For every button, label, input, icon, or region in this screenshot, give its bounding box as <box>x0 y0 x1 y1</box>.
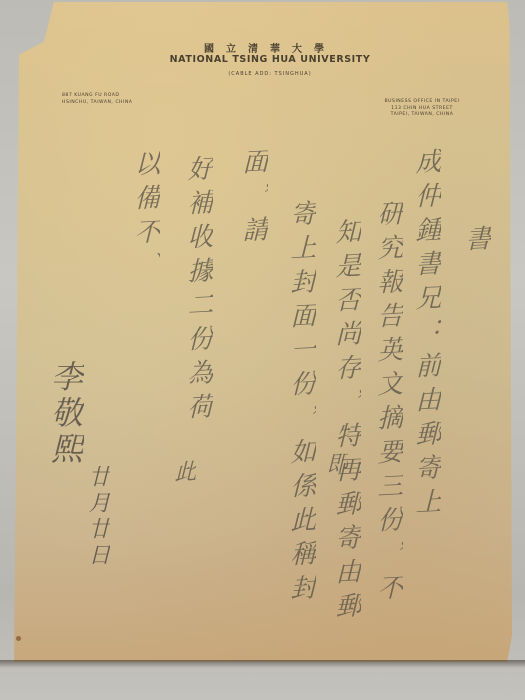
handwriting-column: 好補收據二份為荷 <box>180 154 217 428</box>
handwriting-column: 面，請 <box>235 147 272 251</box>
paper-shadow <box>0 660 525 668</box>
handwriting-column: 即 <box>320 451 351 483</box>
address-right-line: BUSINESS OFFICE IN TAIPEI <box>372 99 472 106</box>
handwriting-column: 此 <box>168 459 199 491</box>
letterhead-english-name: NATIONAL TSING HUA UNIVERSITY <box>140 54 400 65</box>
letterhead-cable: (CABLE ADD: TSINGHUA) <box>200 71 340 77</box>
handwriting-column: 知是否尚存，特再郵寄由郵 <box>328 217 365 627</box>
handwriting-column: 研究報告英文摘要三份，不 <box>370 199 407 609</box>
letterhead-chinese-name: 國立清華大學 <box>170 40 370 55</box>
address-right: BUSINESS OFFICE IN TAIPEI 113 CHIN HUA S… <box>372 99 472 119</box>
address-left: 887 KUANG FU ROAD HSINCHU, TAIWAN, CHINA <box>62 93 132 106</box>
handwriting-column: 書 <box>458 224 495 260</box>
stain-spot <box>16 636 21 641</box>
signature-date: 廿月廿日 <box>82 465 113 569</box>
handwriting-column: 以備不、 <box>127 149 164 287</box>
handwriting-column: 寄上封面一份，如係此稱封 <box>283 199 320 609</box>
address-right-line: TAIPEI, TAIWAN, CHINA <box>372 112 472 119</box>
signature: 李敬熙 <box>42 360 88 468</box>
handwriting-column: 成仲鍾書兄：前由郵寄上 <box>408 147 445 523</box>
address-left-line: HSINCHU, TAIWAN, CHINA <box>62 100 132 107</box>
